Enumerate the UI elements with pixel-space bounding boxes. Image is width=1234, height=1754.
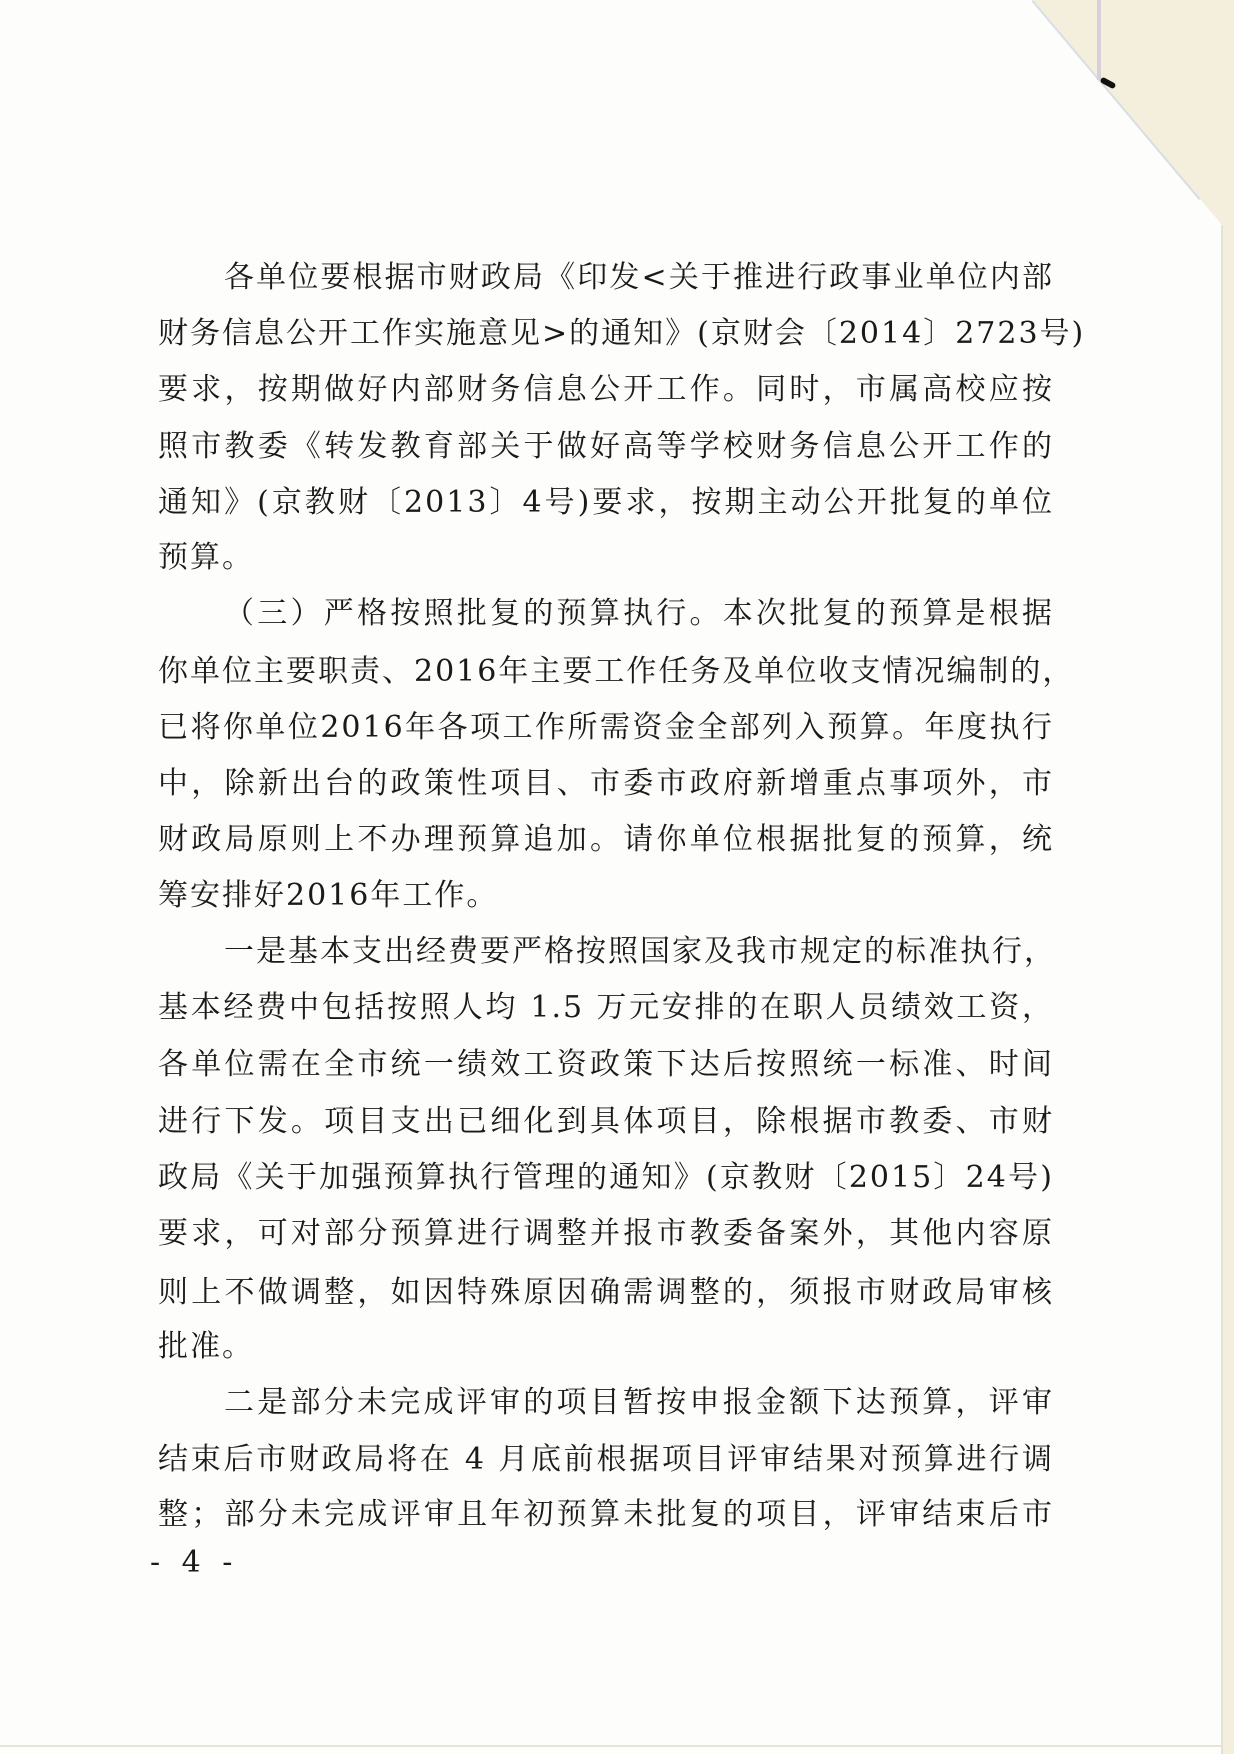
text-line: 结束后市财政局将在 4 月底前根据项目评审结果对预算进行调 [158,1440,1054,1480]
text-line: 财政局原则上不办理预算追加。请你单位根据批复的预算，统 [158,820,1054,860]
text-line: 筹安排好2016年工作。 [158,876,498,916]
text-line: 你单位主要职责、2016年主要工作任务及单位收支情况编制的， [158,652,1054,692]
text-line: 进行下发。项目支出已细化到具体项目，除根据市教委、市财 [158,1102,1054,1142]
text-line: 批准。 [158,1327,254,1367]
text-line: 基本经费中包括按照人均 1.5 万元安排的在职人员绩效工资， [158,988,1054,1028]
page-number: - 4 - [150,1545,238,1581]
page-right-edge [1221,225,1223,1754]
text-line: 照市教委《转发教育部关于做好高等学校财务信息公开工作的 [158,427,1054,467]
text-line: 通知》(京教财〔2013〕4号)要求，按期主动公开批复的单位 [158,483,1054,523]
text-line: 一是基本支出经费要严格按照国家及我市规定的标准执行， [224,932,1054,972]
document-page: 各单位要根据市财政局《印发<关于推进行政事业单位内部财务信息公开工作实施意见>的… [0,0,1222,1754]
text-line: 则上不做调整，如因特殊原因确需调整的，须报市财政局审核 [158,1273,1054,1313]
text-line: 政局《关于加强预算执行管理的通知》(京教财〔2015〕24号) [158,1158,1054,1198]
scan-artifact-line [1097,0,1101,80]
text-line: 整；部分未完成评审且年初预算未批复的项目，评审结束后市 [158,1495,1054,1535]
text-line: 各单位需在全市统一绩效工资政策下达后按照统一标准、时间 [158,1045,1054,1085]
text-line: 预算。 [158,538,254,578]
text-line: 要求，按期做好内部财务信息公开工作。同时，市属高校应按 [158,370,1054,410]
text-line: 各单位要根据市财政局《印发<关于推进行政事业单位内部 [224,258,1054,298]
text-line: 中，除新出台的政策性项目、市委市政府新增重点事项外，市 [158,764,1054,804]
text-line: 已将你单位2016年各项工作所需资金全部列入预算。年度执行 [158,708,1054,748]
text-line: 二是部分未完成评审的项目暂按申报金额下达预算，评审 [224,1383,1054,1423]
page-bottom-edge [0,1745,1222,1747]
text-line: 财务信息公开工作实施意见>的通知》(京财会〔2014〕2723号) [158,314,1054,354]
text-line: 要求，可对部分预算进行调整并报市教委备案外，其他内容原 [158,1214,1054,1254]
text-line: （三）严格按照批复的预算执行。本次批复的预算是根据 [224,594,1054,634]
